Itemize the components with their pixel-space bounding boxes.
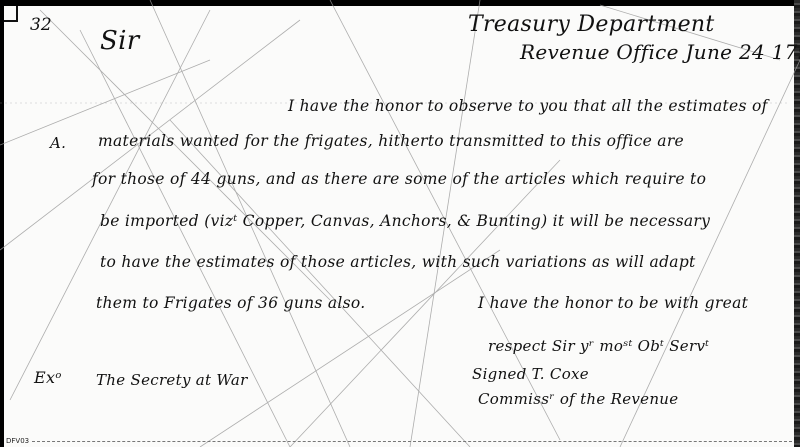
body-line-3: for those of 44 guns, and as there are s… [92,170,706,188]
heading-office-date: Revenue Office June 24 179 [520,40,800,64]
recipient-prefix: Exᵒ [34,368,62,387]
body-line-4: be imported (vizᵗ Copper, Canvas, Anchor… [100,212,710,230]
body-line-2: materials wanted for the frigates, hithe… [98,132,684,150]
scan-footer-rule [32,441,792,442]
signer-title: Commissʳ of the Revenue [478,390,678,408]
body-line-1: I have the honor to observe to you that … [288,97,768,115]
body-line-5: to have the estimates of those articles,… [100,253,696,271]
recipient: The Secrety at War [96,371,248,389]
margin-note: A. [50,134,66,152]
scanned-document: 32 Sir Treasury Department Revenue Offic… [0,0,800,447]
salutation: Sir [100,26,139,56]
corner-mark [4,6,18,22]
heading-department: Treasury Department [468,12,715,37]
signature: Signed T. Coxe [472,365,589,383]
folio-number: 32 [30,15,52,35]
body-line-6: them to Frigates of 36 guns also. [96,294,366,312]
scan-stamp: DFV03 [6,437,29,445]
closing-line-2: respect Sir yʳ moˢᵗ Obᵗ Servᵗ [488,337,709,355]
closing-line-1: I have the honor to be with great [478,294,748,312]
